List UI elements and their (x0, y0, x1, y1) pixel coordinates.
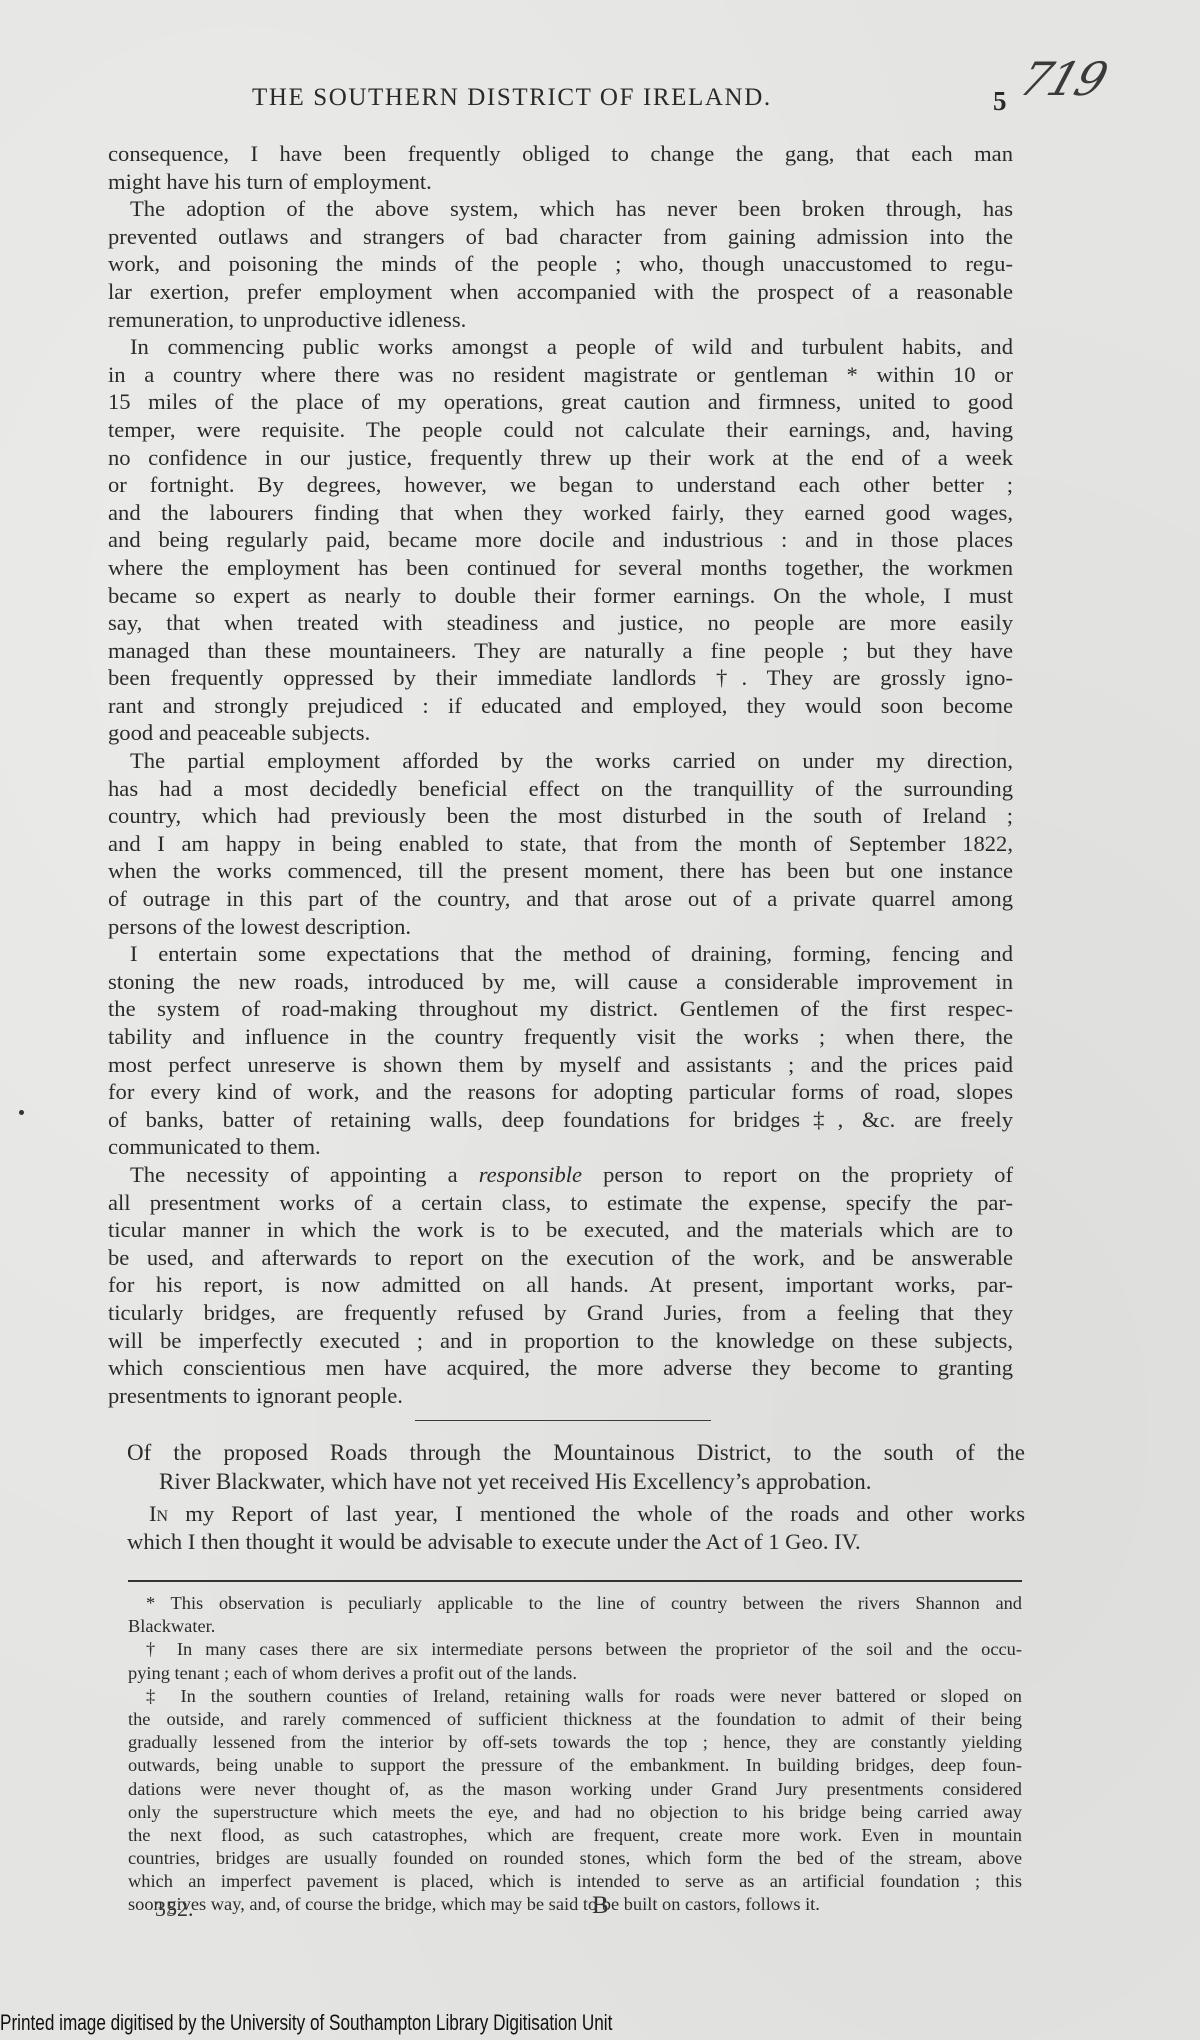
text-line: work, and poisoning the minds of the peo… (108, 250, 1013, 278)
text-line: The necessity of appointing a responsibl… (108, 1161, 1013, 1189)
text-line: stoning the new roads, introduced by me,… (108, 968, 1013, 996)
text-line: and being regularly paid, became more do… (108, 526, 1013, 554)
text-line: be used, and afterwards to report on the… (108, 1244, 1013, 1272)
text-line: say, that when treated with steadiness a… (108, 609, 1013, 637)
text-line: and the labourers finding that when they… (108, 499, 1013, 527)
text-line: consequence, I have been frequently obli… (108, 140, 1013, 168)
text-line: been frequently oppressed by their immed… (108, 664, 1013, 692)
text-line: good and peaceable subjects. (108, 719, 1013, 747)
text-line: rant and strongly prejudiced : if educat… (108, 692, 1013, 720)
footnote-line: dations were never thought of, as the ma… (128, 1778, 1022, 1801)
footnote-line: pying tenant ; each of whom derives a pr… (128, 1662, 1022, 1685)
section-separator-rule (415, 1420, 711, 1421)
footnote-line: countries, bridges are usually founded o… (128, 1847, 1022, 1870)
text-line: all presentment works of a certain class… (108, 1189, 1013, 1217)
footnote-line: the outside, and rarely commenced of suf… (128, 1708, 1022, 1731)
footnote-line: ‡ In the southern counties of Ireland, r… (128, 1685, 1022, 1708)
running-head: THE SOUTHERN DISTRICT OF IRELAND. (252, 84, 852, 112)
text-line: where the employment has been continued … (108, 554, 1013, 582)
section-opening-line: In my Report of last year, I mentioned t… (127, 1500, 1025, 1528)
text-line: country, which had previously been the m… (108, 802, 1013, 830)
footnote-rule (128, 1580, 1022, 1582)
text-line: I entertain some expectations that the m… (108, 940, 1013, 968)
text-line: will be imperfectly executed ; and in pr… (108, 1327, 1013, 1355)
text-line: prevented outlaws and strangers of bad c… (108, 223, 1013, 251)
text-line: ticular manner in which the work is to b… (108, 1216, 1013, 1244)
text-line: of banks, batter of retaining walls, dee… (108, 1106, 1013, 1134)
text-line: The partial employment afforded by the w… (108, 747, 1013, 775)
section-heading-line: Of the proposed Roads through the Mounta… (127, 1438, 1025, 1467)
text-line: in a country where there was no resident… (108, 361, 1013, 389)
scanned-page: THE SOUTHERN DISTRICT OF IRELAND. 5 719 … (0, 0, 1200, 2040)
text-line: tability and influence in the country fr… (108, 1023, 1013, 1051)
margin-ink-dot (19, 1110, 24, 1115)
footnote-line: only the superstructure which meets the … (128, 1801, 1022, 1824)
section-heading: Of the proposed Roads through the Mounta… (127, 1438, 1025, 1496)
text-line: and I am happy in being enabled to state… (108, 830, 1013, 858)
signature-number: 352. (155, 1896, 194, 1922)
footnote-line: * This observation is peculiarly applica… (128, 1592, 1022, 1615)
text-line: The adoption of the above system, which … (108, 195, 1013, 223)
text-line: became so expert as nearly to double the… (108, 582, 1013, 610)
footnote-line: which an imperfect pavement is placed, w… (128, 1870, 1022, 1893)
footnote-line: gradually lessened from the interior by … (128, 1731, 1022, 1754)
text-line: temper, were requisite. The people could… (108, 416, 1013, 444)
handwritten-folio-number: 719 (1013, 52, 1112, 106)
footnote-line: outwards, being unable to support the pr… (128, 1754, 1022, 1777)
text-line: has had a most decidedly beneficial effe… (108, 775, 1013, 803)
text-line: communicated to them. (108, 1133, 1013, 1161)
text-line: ticularly bridges, are frequently refuse… (108, 1299, 1013, 1327)
section-opening-paragraph: In my Report of last year, I mentioned t… (127, 1500, 1025, 1555)
italic-emphasis: responsible (479, 1162, 582, 1187)
footnotes: * This observation is peculiarly applica… (128, 1592, 1022, 1917)
text-line: managed than these mountaineers. They ar… (108, 637, 1013, 665)
text-line: the system of road-making throughout my … (108, 995, 1013, 1023)
signature-letter: B (592, 1892, 609, 1920)
section-opening-line: which I then thought it would be advisab… (127, 1528, 1025, 1556)
body-text: consequence, I have been frequently obli… (108, 140, 1013, 1409)
text-line: might have his turn of employment. (108, 168, 1013, 196)
text-line: 15 miles of the place of my operations, … (108, 388, 1013, 416)
text-line: or fortnight. By degrees, however, we be… (108, 471, 1013, 499)
text-line: of outrage in this part of the country, … (108, 885, 1013, 913)
text-line: most perfect unreserve is shown them by … (108, 1051, 1013, 1079)
text-line: when the works commenced, till the prese… (108, 857, 1013, 885)
text-line: which conscientious men have acquired, t… (108, 1354, 1013, 1382)
page-number: 5 (993, 86, 1007, 117)
text-line: In commencing public works amongst a peo… (108, 333, 1013, 361)
section-heading-line: River Blackwater, which have not yet rec… (127, 1467, 1025, 1496)
footnote-line: the next flood, as such catastrophes, wh… (128, 1824, 1022, 1847)
text-line: no confidence in our justice, frequently… (108, 444, 1013, 472)
text-line: for every kind of work, and the reasons … (108, 1078, 1013, 1106)
footnote-line: † In many cases there are six intermedia… (128, 1638, 1022, 1661)
text-line: remuneration, to unproductive idleness. (108, 306, 1013, 334)
footnote-line: Blackwater. (128, 1615, 1022, 1638)
digitisation-caption: Printed image digitised by the Universit… (0, 2010, 612, 2036)
text-line: for his report, is now admitted on all h… (108, 1271, 1013, 1299)
text-line: persons of the lowest description. (108, 913, 1013, 941)
footnote-line: soon gives way, and, of course the bridg… (128, 1893, 1022, 1916)
text-line: lar exertion, prefer employment when acc… (108, 278, 1013, 306)
drop-smallcaps: In (149, 1501, 168, 1526)
text-line: presentments to ignorant people. (108, 1382, 1013, 1410)
